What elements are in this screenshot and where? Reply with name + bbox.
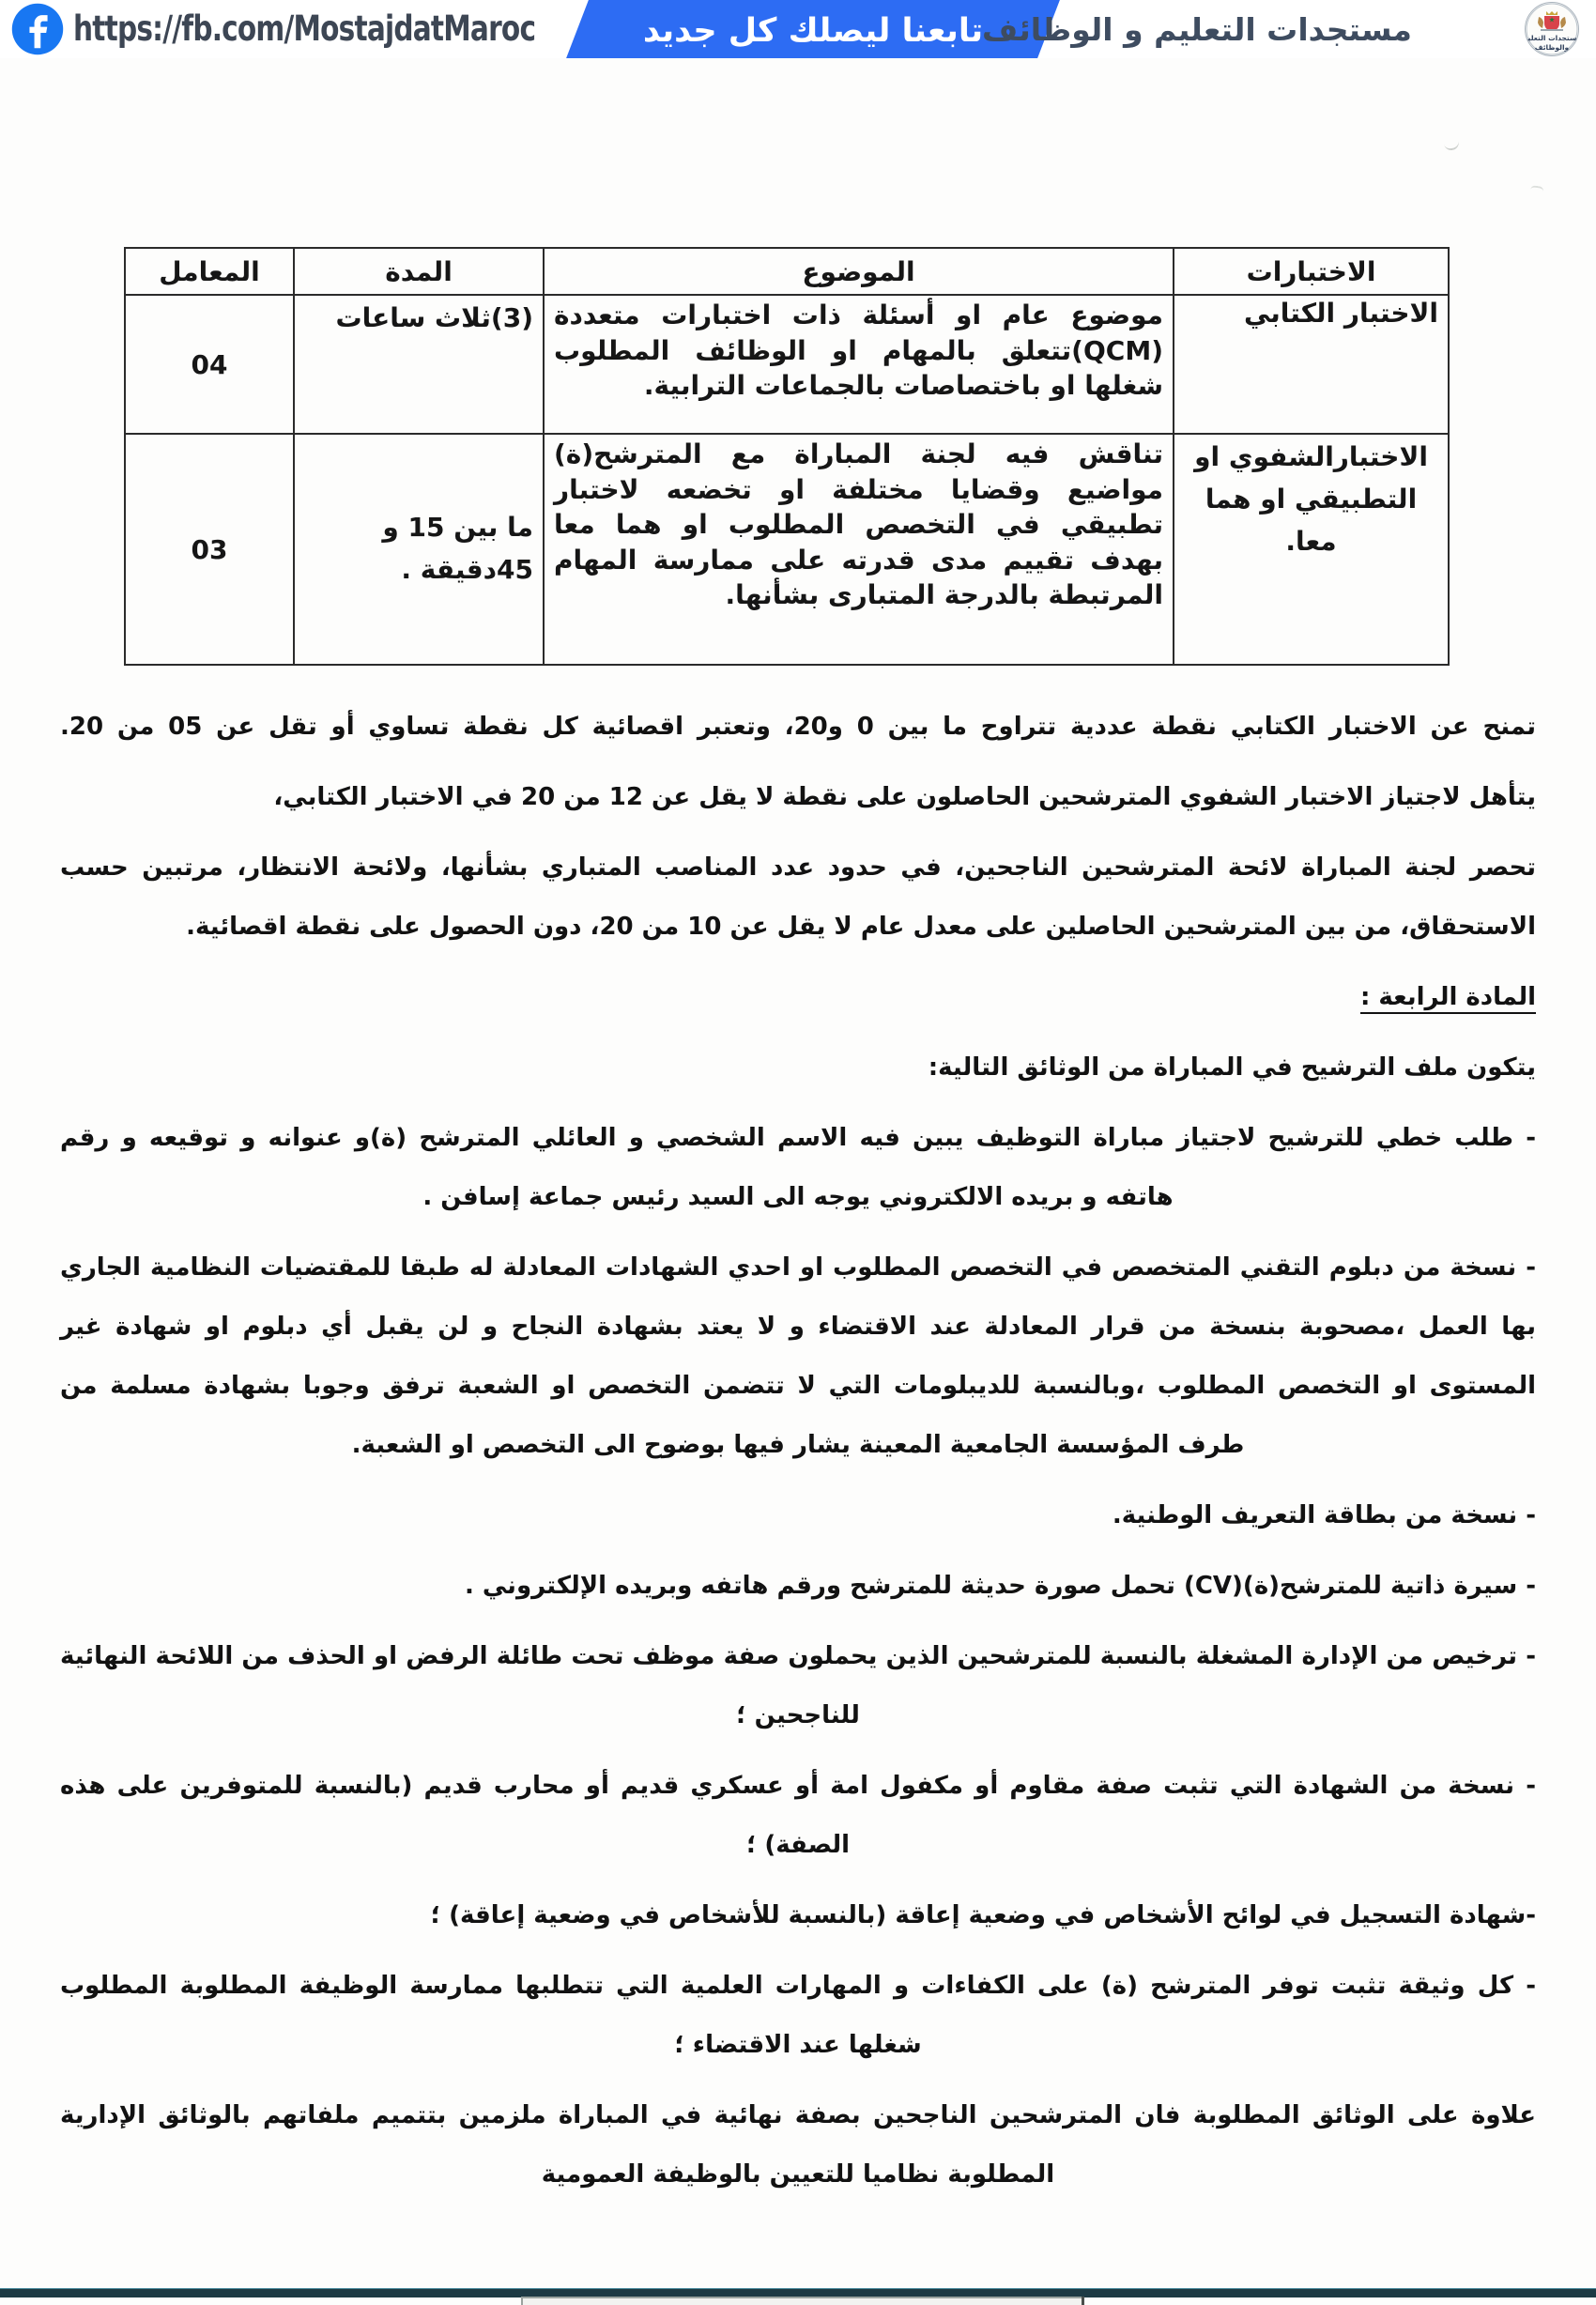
logo-text-line2: والوظائف: [1535, 43, 1570, 52]
document-item-disability: -شهادة التسجيل في لوائح الأشخاص في وضعية…: [60, 1886, 1536, 1945]
facebook-url[interactable]: https://fb.com/MostajdatMaroc: [73, 8, 535, 51]
col-header-subject: الموضوع: [544, 248, 1174, 295]
cell-subject: موضوع عام او أسئلة ذات اختبارات متعددة (…: [544, 295, 1174, 434]
note-final-list: تحصر لجنة المباراة لائحة المترشحين الناج…: [60, 838, 1536, 957]
note-oral-eligibility: يتأهل لاجتياز الاختبار الشفوي المترشحين …: [60, 768, 1536, 827]
col-header-duration: المدة: [294, 248, 544, 295]
cell-duration: ما بين 15 و 45دقيقة .: [294, 434, 544, 665]
document-item-veteran-cert: - نسخة من الشهادة التي تثبت صفة مقاوم أو…: [60, 1757, 1536, 1875]
col-header-coefficient: المعامل: [125, 248, 294, 295]
document-body: تمنح عن الاختبار الكتابي نقطة عددية تترا…: [60, 698, 1536, 2205]
cell-exam: الاختبار الكتابي: [1174, 295, 1449, 434]
file-intro: يتكون ملف الترشيح في المباراة من الوثائق…: [60, 1038, 1536, 1098]
note-written-score: تمنح عن الاختبار الكتابي نقطة عددية تترا…: [60, 698, 1536, 757]
follow-ribbon-text: تابعنا ليصلك كل جديد: [577, 0, 1049, 58]
page-title: مستجدات التعليم و الوظائف: [982, 8, 1412, 53]
document-item-skills: - كل وثيقة تثبت توفر المترشح (ة) على الك…: [60, 1957, 1536, 2075]
facebook-icon: [11, 3, 64, 55]
page-header: https://fb.com/MostajdatMaroc تابعنا ليص…: [0, 0, 1596, 58]
document-item-diploma: - نسخة من دبلوم التقني المتخصص في التخصص…: [60, 1238, 1536, 1475]
table-row-written-exam: الاختبار الكتابي موضوع عام او أسئلة ذات …: [125, 295, 1449, 434]
footer-caption-box: [521, 2297, 1084, 2305]
table-header-row: الاختبارات الموضوع المدة المعامل: [125, 248, 1449, 295]
cell-duration: (3)ثلاث ساعات: [294, 295, 544, 434]
scanned-document: الاختبارات الموضوع المدة المعامل الاختبا…: [0, 58, 1596, 2205]
cell-coefficient: 04: [125, 295, 294, 434]
page: { "header": { "facebook_url": "https://f…: [0, 0, 1596, 2305]
document-item-authorization: - ترخيص من الإدارة المشغلة بالنسبة للمتر…: [60, 1627, 1536, 1745]
exams-table: الاختبارات الموضوع المدة المعامل الاختبا…: [124, 247, 1450, 666]
footer-divider: [1082, 2297, 1084, 2305]
closing-note: علاوة على الوثائق المطلوبة فان المترشحين…: [60, 2086, 1536, 2205]
table-row-oral-exam: الاختبارالشفوي او التطبيقي او هما معا. ت…: [125, 434, 1449, 665]
col-header-exams: الاختبارات: [1174, 248, 1449, 295]
logo-text-line1: مستجدات التعليم: [1526, 34, 1578, 42]
cell-coefficient: 03: [125, 434, 294, 665]
brand-logo: مستجدات التعليم والوظائف: [1525, 2, 1579, 56]
article4-heading: المادة الرابعة :: [60, 968, 1536, 1027]
cell-exam: الاختبارالشفوي او التطبيقي او هما معا.: [1174, 434, 1449, 665]
document-item-id-card: - نسخة من بطاقة التعريف الوطنية.: [60, 1486, 1536, 1545]
document-item-request: - طلب خطي للترشيح لاجتياز مباراة التوظيف…: [60, 1109, 1536, 1227]
cell-subject: تناقش فيه لجنة المباراة مع المترشح(ة) مو…: [544, 434, 1174, 665]
document-item-cv: - سيرة ذاتية للمترشح(ة)(CV) تحمل صورة حد…: [60, 1557, 1536, 1616]
